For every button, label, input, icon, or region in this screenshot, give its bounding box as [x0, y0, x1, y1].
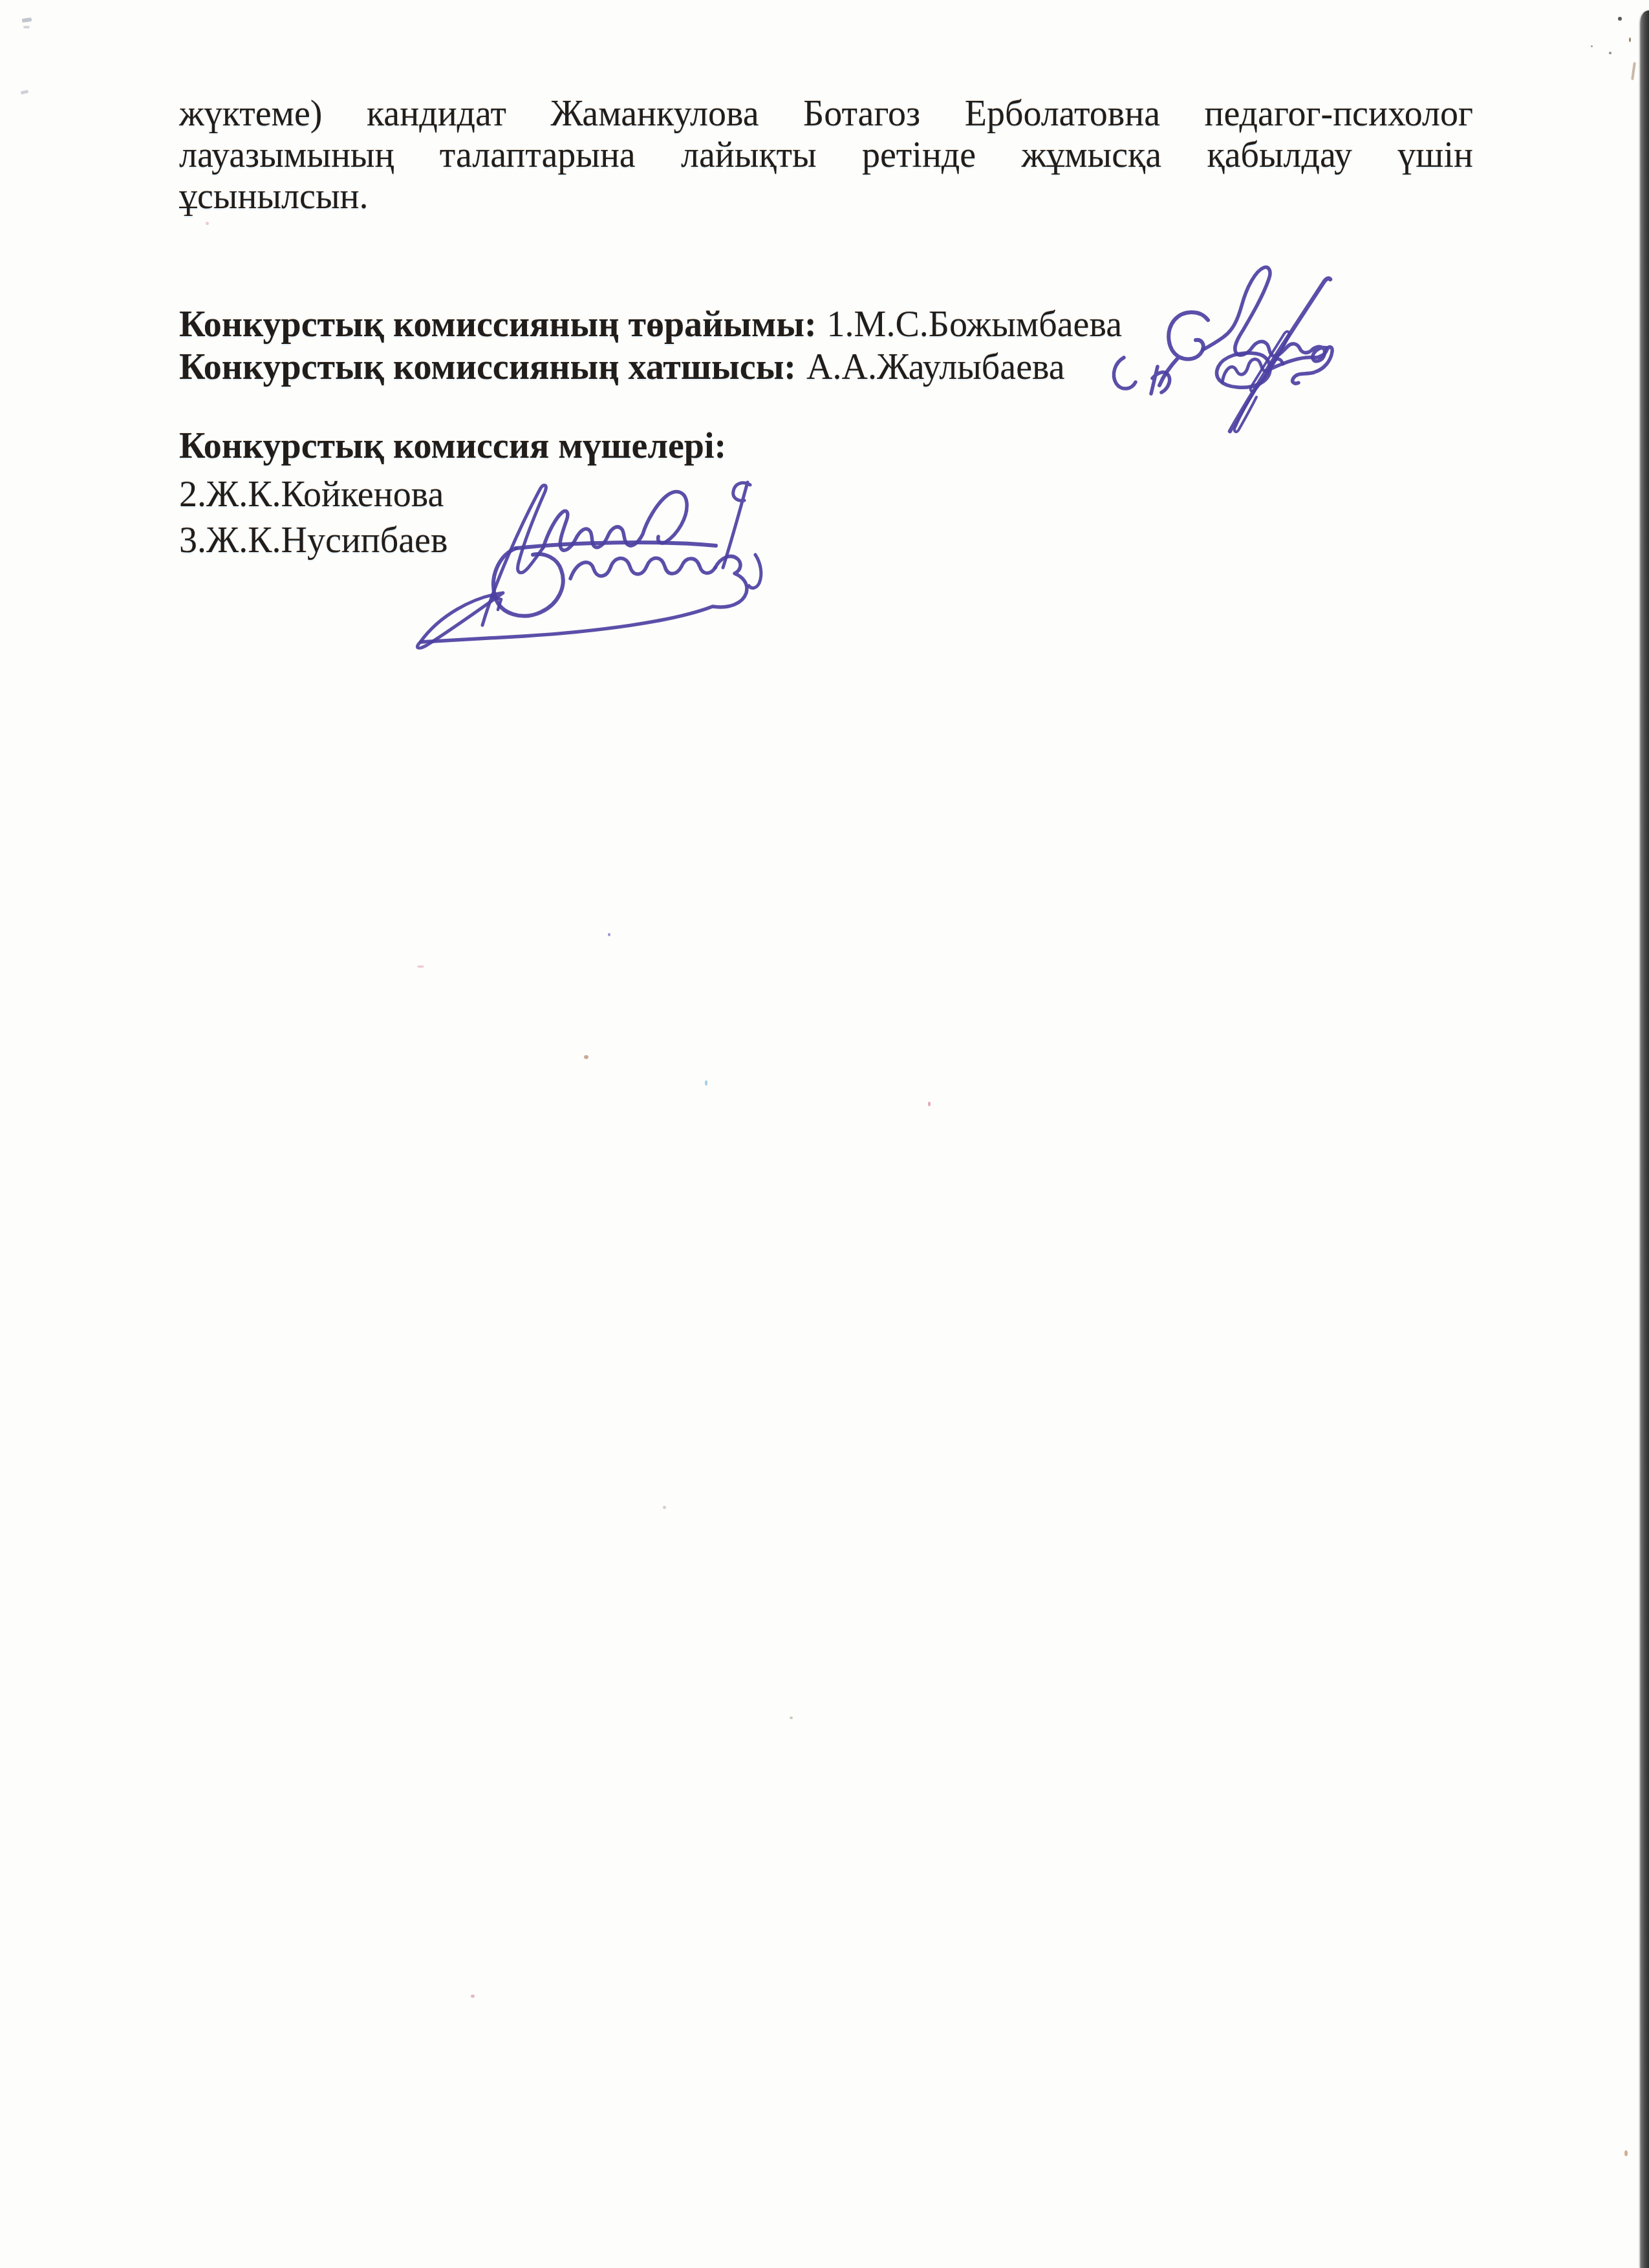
- ink-stroke: [723, 482, 750, 568]
- ink-stroke: [1159, 312, 1208, 385]
- paragraph-line-1: жүктеме) кандидат Жаманкулова Ботагоз Ер…: [179, 93, 1473, 134]
- ink-stroke: [1222, 359, 1283, 382]
- scan-speck: [206, 222, 209, 225]
- scan-speck: [1591, 45, 1593, 47]
- chair-label: Конкурстық комиссияның төрайымы:: [179, 305, 817, 345]
- scanned-document-page: жүктеме) кандидат Жаманкулова Ботагоз Ер…: [0, 0, 1649, 2268]
- ink-stroke: [570, 558, 715, 579]
- member-row-2: 2.Ж.К.Койкенова: [179, 474, 1473, 515]
- ink-stroke: [1114, 358, 1136, 389]
- scan-speck: [608, 933, 610, 936]
- secretary-name: А.А.Жаулыбаева: [806, 347, 1065, 387]
- scan-speck: [1629, 37, 1631, 42]
- scan-mark: [23, 26, 30, 28]
- ink-stroke: [1203, 267, 1326, 361]
- scan-mark: [21, 90, 29, 94]
- scan-speck: [471, 1995, 475, 1998]
- ink-stroke: [749, 555, 761, 588]
- scan-speck: [790, 1717, 793, 1719]
- scan-speck: [663, 1506, 666, 1509]
- scan-speck: [584, 1055, 588, 1059]
- paragraph-line-2: лауазымының талаптарына лайықты ретінде …: [179, 134, 1473, 176]
- ink-stroke: [493, 548, 563, 616]
- members-signature-ink: [401, 472, 789, 659]
- scan-speck: [1618, 17, 1622, 21]
- chair-secretary-signature-ink: [1106, 255, 1455, 456]
- chair-name: 1.М.С.Божымбаева: [827, 305, 1122, 345]
- scan-mark: [22, 17, 32, 23]
- scan-speck: [1624, 2150, 1628, 2156]
- scan-speck: [1609, 52, 1611, 54]
- member-row-3: 3.Ж.К.Нусипбаев: [179, 520, 1473, 561]
- scan-speck: [928, 1102, 931, 1106]
- ink-stroke: [421, 556, 747, 642]
- secretary-label: Конкурстық комиссияның хатшысы:: [179, 347, 796, 387]
- scan-speck: [705, 1080, 707, 1086]
- scan-mark: [1631, 62, 1636, 80]
- paragraph-line-3: ұсынылсын.: [179, 176, 1473, 217]
- scan-speck: [417, 965, 424, 968]
- scan-edge-strip: [1640, 10, 1649, 2268]
